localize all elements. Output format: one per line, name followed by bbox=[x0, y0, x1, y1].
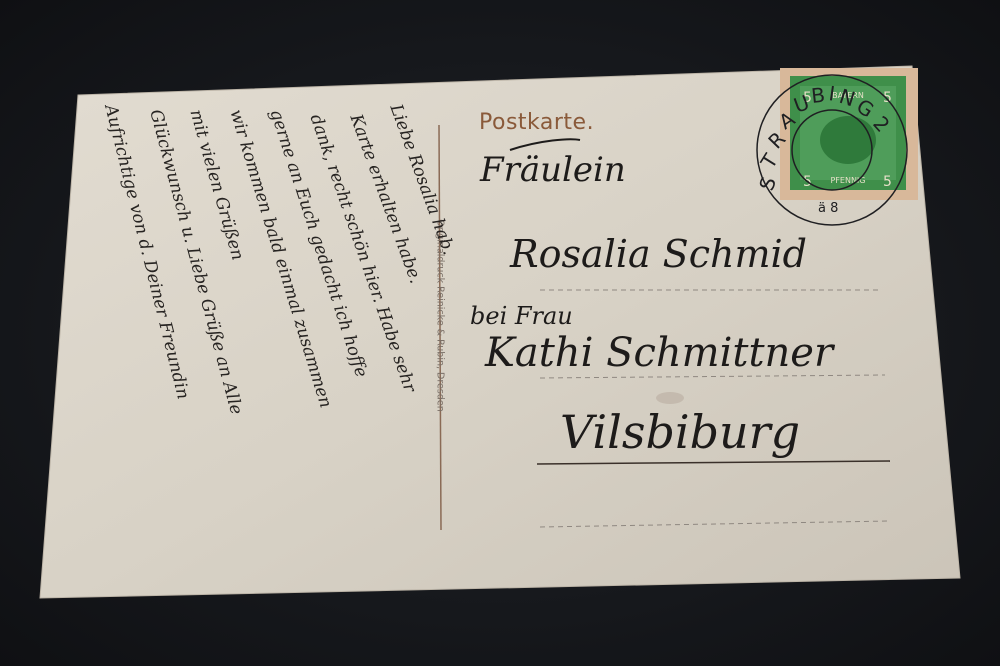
message-line: Glückwunsch u. Liebe Grüße an Alle bbox=[145, 107, 246, 416]
svg-text:ä 8: ä 8 bbox=[818, 201, 838, 216]
svg-text:B: B bbox=[810, 83, 826, 108]
message-line: Aufrichtige von d. Deiner Freundin bbox=[100, 103, 193, 402]
address-name: Rosalia Schmid bbox=[510, 232, 807, 276]
address-host: Kathi Schmittner bbox=[485, 330, 833, 376]
svg-text:5: 5 bbox=[883, 174, 892, 190]
address-city: Vilsbiburg bbox=[560, 405, 800, 459]
address-care-of: bei Frau bbox=[470, 302, 573, 330]
handwritten-message: Liebe Rosalia hab. Karte erhalten habe. … bbox=[65, 85, 425, 585]
address-salutation: Fräulein bbox=[480, 150, 626, 190]
postcard: 5 5 5 5 BAYERN PFENNIG S T R A U B I N G… bbox=[0, 0, 1000, 666]
postcard-title: Postkarte. bbox=[479, 110, 594, 135]
